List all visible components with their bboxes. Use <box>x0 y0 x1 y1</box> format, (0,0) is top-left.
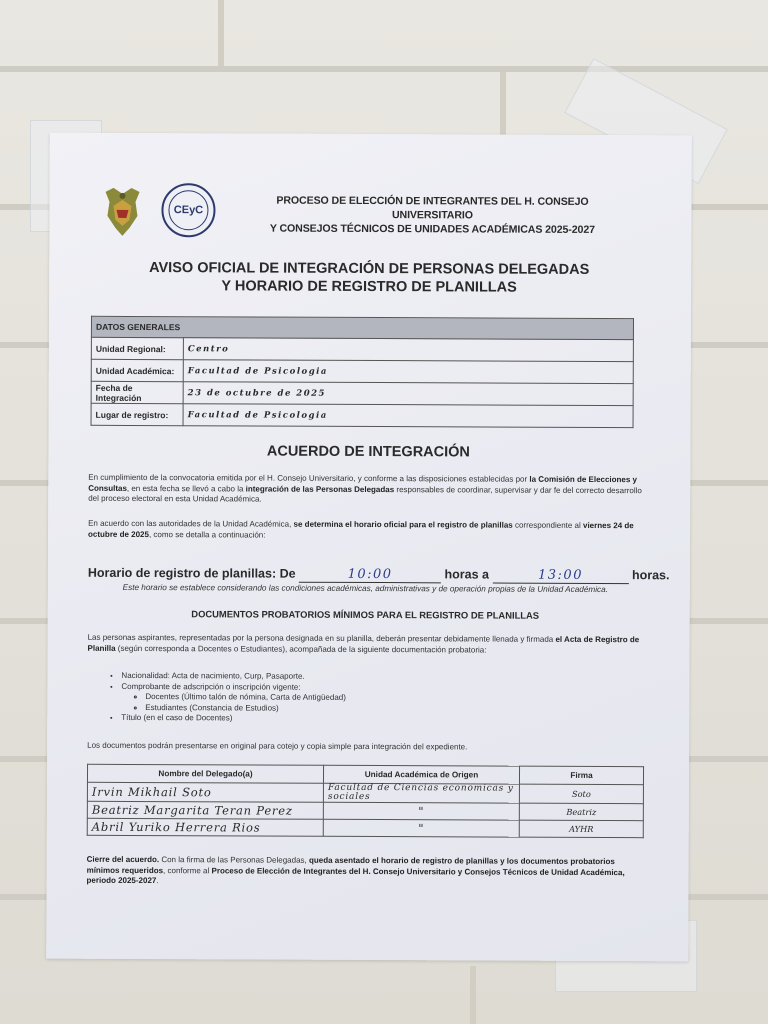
table-row: Unidad Regional: Centro <box>91 337 633 361</box>
posted-notice: CEyC PROCESO DE ELECCIÓN DE INTEGRANTES … <box>46 133 692 962</box>
title-line2: Y HORARIO DE REGISTRO DE PLANILLAS <box>89 277 649 297</box>
field-value-lugar-registro: Facultad de Psicologia <box>183 404 633 428</box>
field-value-fecha-integracion: 23 de octubre de 2025 <box>183 382 633 406</box>
text-run-bold: integración de las Personas Delegadas <box>246 484 395 494</box>
documentos-footer: Los documentos podrán presentarse en ori… <box>87 741 642 754</box>
list-item: Comprobante de adscripción o inscripción… <box>121 681 346 713</box>
text-run-bold: Cierre del acuerdo. <box>87 855 160 864</box>
ceyc-logo-text: CEyC <box>174 204 203 216</box>
horario-end: 13:00 <box>538 568 583 583</box>
list-item: Título (en el caso de Docentes) <box>121 713 346 724</box>
acuerdo-paragraph-2: En acuerdo con las autoridades de la Uni… <box>88 519 643 542</box>
text-run: En acuerdo con las autoridades de la Uni… <box>88 519 294 529</box>
delegado-nombre: Abril Yuriko Herrera Rios <box>87 818 323 836</box>
wall-mortar <box>218 0 224 66</box>
text-run: Con la firma de las Personas Delegadas, <box>159 855 309 865</box>
delegado-nombre: Beatriz Margarita Teran Perez <box>87 801 323 819</box>
sub-list-item: Docentes (Último talón de nómina, Carta … <box>145 692 346 703</box>
table-row: Lugar de registro: Facultad de Psicologi… <box>91 403 633 427</box>
delegado-unidad: Facultad de Ciencias economicas y social… <box>323 783 519 803</box>
process-title: PROCESO DE ELECCIÓN DE INTEGRANTES DEL H… <box>241 193 623 237</box>
delegado-firma: Beatriz <box>519 803 643 821</box>
text-run: (según corresponda a Docentes o Estudian… <box>116 643 487 654</box>
table-row: Irvin Mikhail Soto Facultad de Ciencias … <box>87 782 643 803</box>
delegado-firma: AYHR <box>519 820 643 838</box>
acuerdo-heading: ACUERDO DE INTEGRACIÓN <box>88 443 648 461</box>
horario-middle: horas a <box>445 567 490 581</box>
process-title-line1: PROCESO DE ELECCIÓN DE INTEGRANTES DEL H… <box>241 193 623 223</box>
horario-label: Horario de registro de planillas: De <box>88 566 296 581</box>
text-run: . <box>156 876 158 885</box>
delegado-nombre: Irvin Mikhail Soto <box>87 782 323 802</box>
horario-start: 10:00 <box>348 567 393 582</box>
table-row: Abril Yuriko Herrera Rios " AYHR <box>87 818 643 837</box>
text-run-bold: se determina el horario oficial para el … <box>294 520 513 530</box>
datos-generales-table: DATOS GENERALES Unidad Regional: Centro … <box>91 316 634 428</box>
ceyc-logo: CEyC <box>161 183 215 237</box>
field-label: Fecha de Integración <box>91 381 183 403</box>
text-run: , conforme al <box>163 866 212 875</box>
column-header: Firma <box>519 766 643 785</box>
text-run: Las personas aspirantes, representadas p… <box>88 633 556 644</box>
acuerdo-paragraph-1: En cumplimiento de la convocatoria emiti… <box>88 473 643 507</box>
delegado-firma: Soto <box>519 784 643 804</box>
datos-generales-heading: DATOS GENERALES <box>91 316 633 339</box>
list-item-text: Comprobante de adscripción o inscripción… <box>121 681 300 691</box>
wall-mortar <box>470 966 476 1024</box>
coat-of-arms-logo <box>101 186 143 238</box>
table-row: Unidad Académica: Facultad de Psicologia <box>91 359 633 383</box>
table-row: Fecha de Integración 23 de octubre de 20… <box>91 381 633 405</box>
title-line1: AVISO OFICIAL DE INTEGRACIÓN DE PERSONAS… <box>89 259 649 279</box>
field-label: Unidad Regional: <box>91 337 183 359</box>
documentos-list: Nacionalidad: Acta de nacimiento, Curp, … <box>103 671 346 725</box>
documentos-intro: Las personas aspirantes, representadas p… <box>88 633 643 656</box>
field-label: Lugar de registro: <box>91 403 183 425</box>
delegado-unidad: " <box>323 802 519 820</box>
text-run: , como se detalla a continuación: <box>149 530 266 540</box>
field-value-unidad-regional: Centro <box>183 338 633 362</box>
wall-mortar <box>500 72 506 138</box>
cierre-paragraph: Cierre del acuerdo. Con la firma de las … <box>87 855 642 889</box>
field-label: Unidad Académica: <box>91 359 183 381</box>
text-run: correspondiente al <box>513 521 583 530</box>
documentos-heading: DOCUMENTOS PROBATORIOS MÍNIMOS PARA EL R… <box>88 608 643 621</box>
text-run: En cumplimiento de la convocatoria emiti… <box>88 473 529 484</box>
delegado-unidad: " <box>323 819 519 837</box>
column-header: Unidad Académica de Origen <box>323 765 519 784</box>
document-header: CEyC PROCESO DE ELECCIÓN DE INTEGRANTES … <box>99 183 639 245</box>
horario-suffix: horas. <box>632 568 670 582</box>
text-run: , en esta fecha se llevó a cabo la <box>127 483 246 493</box>
horario-note: Este horario se establece considerando l… <box>88 583 643 594</box>
column-header: Nombre del Delegado(a) <box>87 764 323 783</box>
field-value-unidad-academica: Facultad de Psicologia <box>183 360 633 384</box>
process-title-line2: Y CONSEJOS TÉCNICOS DE UNIDADES ACADÉMIC… <box>241 221 623 237</box>
delegados-table: Nombre del Delegado(a) Unidad Académica … <box>87 764 644 838</box>
document-title: AVISO OFICIAL DE INTEGRACIÓN DE PERSONAS… <box>89 259 649 297</box>
horario-line: Horario de registro de planillas: De 10:… <box>88 566 643 584</box>
